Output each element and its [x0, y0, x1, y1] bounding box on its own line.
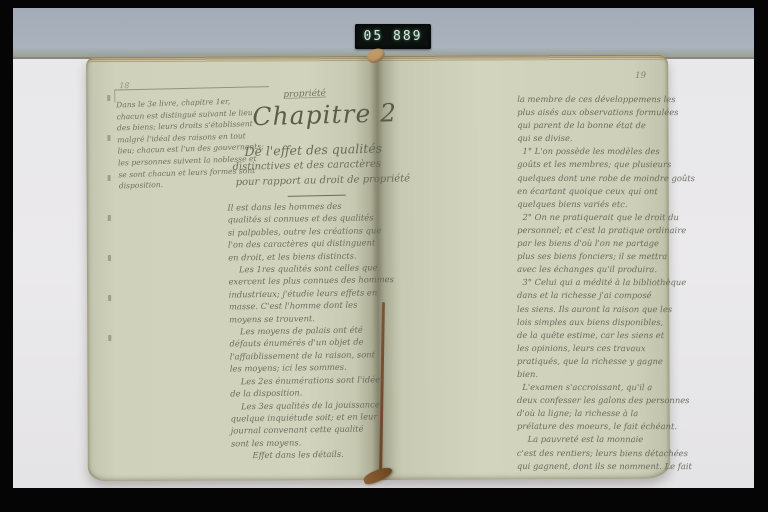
- handwritten-line: La pauvreté est la monnaie: [517, 433, 677, 446]
- handwritten-line: dans et la richesse j'ai composé: [517, 289, 677, 302]
- handwritten-line: Effet dans les détails.: [231, 447, 391, 462]
- film-counter: 05 889: [355, 24, 431, 49]
- handwritten-line: quelques biens variés etc.: [517, 198, 677, 211]
- handwritten-line: deux confesser les galons des personnes: [517, 394, 677, 407]
- handwritten-line: qui se divise.: [517, 132, 677, 145]
- handwritten-line: plus ses biens fonciers; il se mettra: [517, 250, 677, 263]
- catchword: propriété: [283, 88, 326, 100]
- handwritten-line: la membre de ces développemens les: [517, 93, 677, 106]
- right-page-body: la membre de ces développemens lesplus a…: [517, 93, 677, 473]
- handwritten-line: Les 2es énumérations sont l'idée: [230, 373, 390, 388]
- photo-frame: 05 889 18 Dans le 3e livre, chapitre 1er…: [13, 8, 754, 488]
- handwritten-line: L'examen s'accroissant, qu'il a: [517, 381, 677, 394]
- handwritten-line: 2° On ne pratiquerait que le droit du: [517, 211, 677, 224]
- handwritten-line: qui parent de la bonne état de: [517, 119, 677, 132]
- handwritten-line: par les biens d'où l'on ne partage: [517, 237, 677, 250]
- handwritten-line: lois simples aux biens disponibles,: [517, 316, 677, 329]
- left-page-body: Il est dans les hommes desqualités si co…: [227, 199, 391, 462]
- handwritten-line: d'où la ligne; la richesse à la: [517, 407, 677, 420]
- counter-digits: 05 889: [364, 29, 423, 44]
- handwritten-line: pratiqués, que la richesse y gagne: [517, 355, 677, 368]
- handwritten-line: les siens. Ils auront la raison que les: [517, 302, 677, 315]
- heading-rule: [288, 195, 346, 197]
- handwritten-line: prélature des moeurs, le fait échéant.: [517, 420, 677, 433]
- manuscript-book: 18 Dans le 3e livre, chapitre 1er,chacun…: [86, 55, 670, 482]
- handwritten-line: quelques dont une robe de moindre goûts: [517, 172, 677, 185]
- handwritten-line: c'est des rentiers; leurs biens détachée…: [517, 447, 677, 460]
- handwritten-line: 1° L'on possède les modèles des: [517, 145, 677, 158]
- handwritten-line: avec les échanges qu'il produira.: [517, 263, 677, 276]
- handwritten-line: goûts et les membres; que plusieurs: [517, 158, 677, 171]
- handwritten-line: les opinions, leurs ces travaux: [517, 342, 677, 355]
- handwritten-line: qui gagnent, dont ils se nomment. Le fai…: [517, 460, 677, 473]
- binding-stitches: [107, 91, 111, 341]
- handwritten-line: de la quête estime, car les siens et: [517, 329, 677, 342]
- right-page-number: 19: [635, 71, 646, 81]
- handwritten-line: personnel; et c'est la pratique ordinair…: [517, 224, 677, 237]
- handwritten-line: l'on des caractères qui distinguent: [228, 236, 388, 251]
- handwritten-line: 3° Celui qui a médité à la bibliothèque: [517, 276, 677, 289]
- chapter-heading: Chapitre 2: [252, 98, 398, 131]
- handwritten-line: plus aisés aux observations formulées: [517, 106, 677, 119]
- handwritten-line: bien.: [517, 368, 677, 381]
- handwritten-line: en écartant quoique ceux qui ont: [517, 185, 677, 198]
